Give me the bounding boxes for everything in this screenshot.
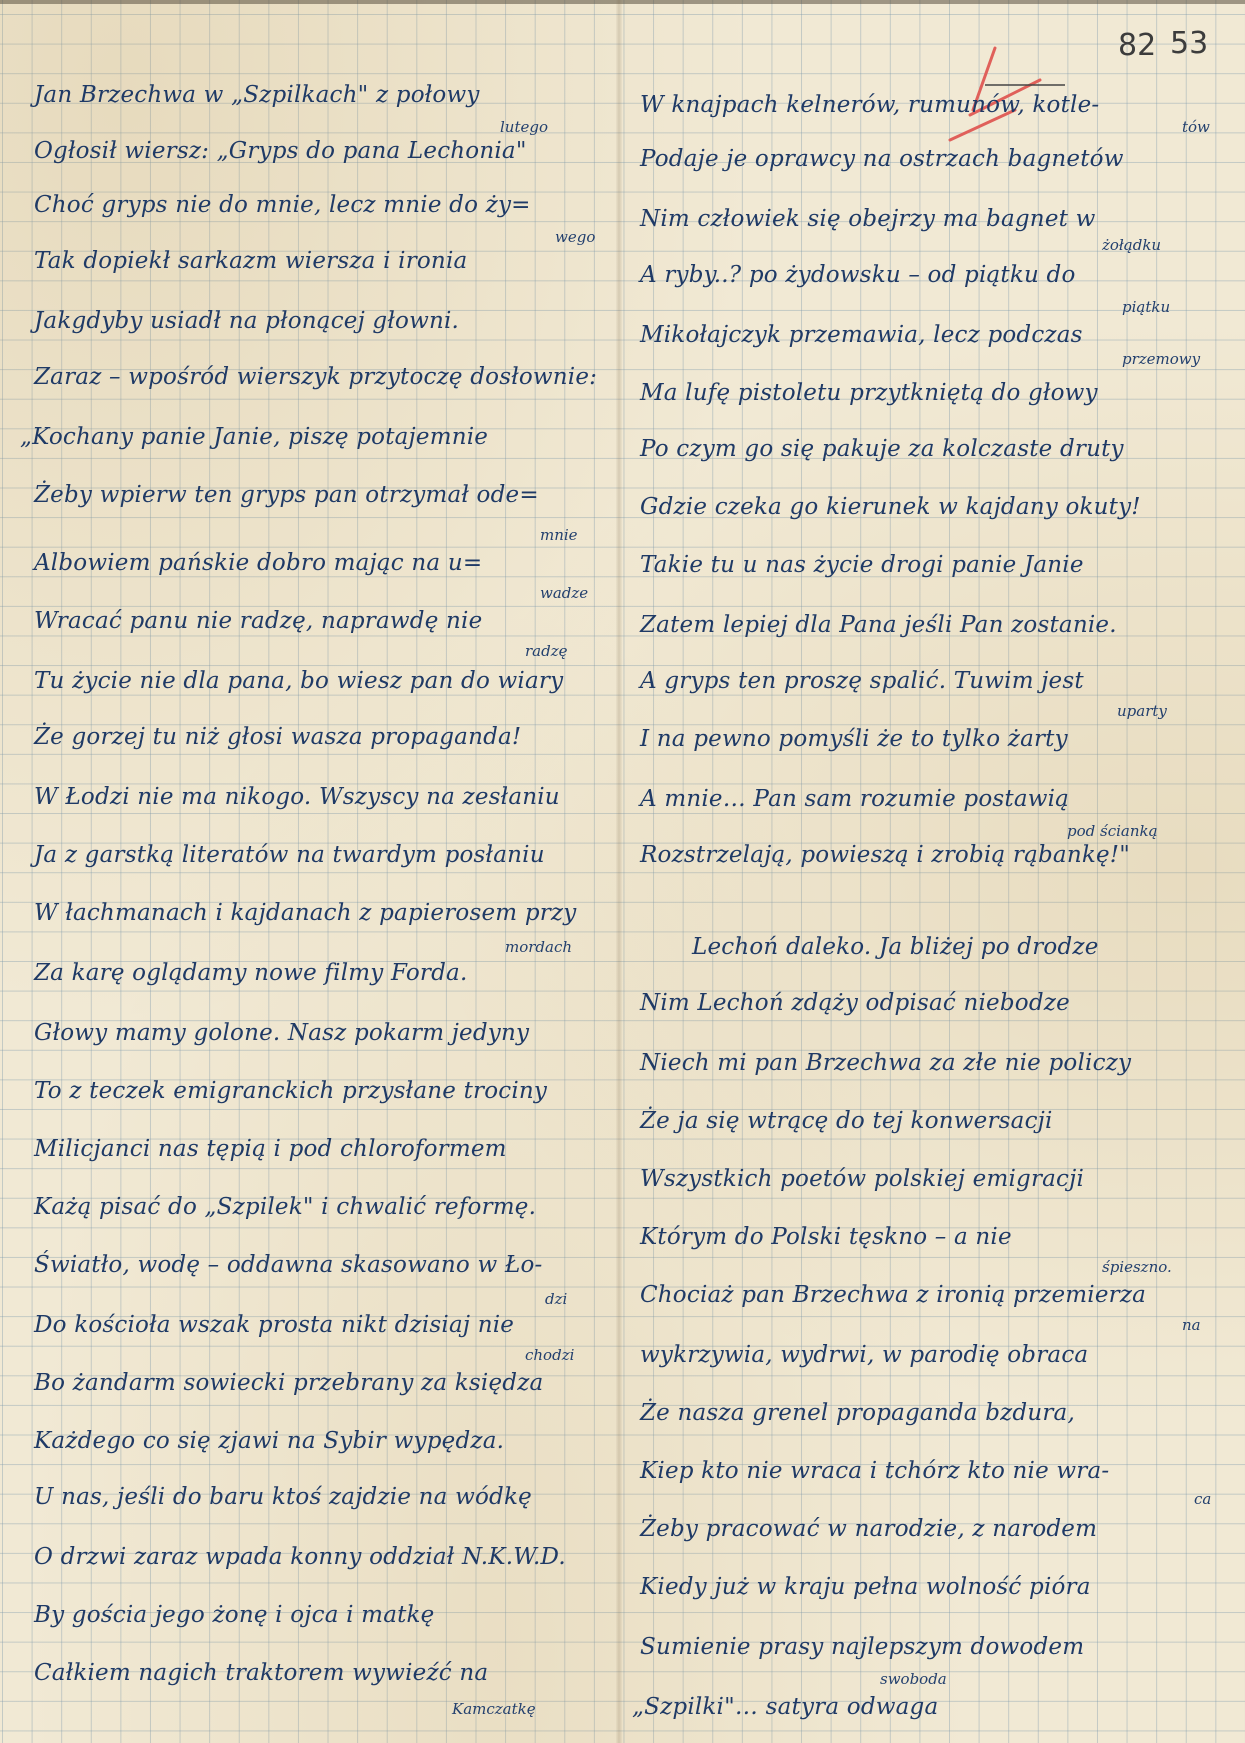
manuscript-line: U nas, jeśli do baru ktoś zajdzie na wód… <box>34 1484 532 1510</box>
manuscript-line: Światło, wodę – oddawna skasowano w Ło- <box>34 1252 542 1278</box>
manuscript-line: Niech mi pan Brzechwa za złe nie policzy <box>640 1050 1131 1076</box>
manuscript-line: Jan Brzechwa w „Szpilkach" z połowy <box>34 82 480 108</box>
manuscript-line: Zaraz – wpośród wierszyk przytoczę dosło… <box>34 364 597 390</box>
manuscript-line: Wszystkich poetów polskiej emigracji <box>640 1166 1084 1192</box>
line-continuation: śpieszno. <box>1102 1258 1172 1276</box>
manuscript-line: Kiedy już w kraju pełna wolność pióra <box>640 1574 1091 1600</box>
manuscript-line: Że nasza grenel propaganda bzdura, <box>640 1400 1075 1426</box>
line-continuation: piątku <box>1122 298 1170 316</box>
line-continuation: pod ścianką <box>1067 822 1158 840</box>
right-page: W knajpach kelnerów, rumunów, kotle- tów… <box>622 0 1245 1743</box>
manuscript-line: Sumienie prasy najlepszym dowodem <box>640 1634 1084 1660</box>
manuscript-line: Albowiem pańskie dobro mając na u= <box>34 550 482 576</box>
manuscript-line: Głowy mamy golone. Nasz pokarm jedyny <box>34 1020 529 1046</box>
line-continuation: mnie <box>540 526 578 544</box>
manuscript-line: A ryby..? po żydowsku – od piątku do <box>640 262 1076 288</box>
manuscript-line: I na pewno pomyśli że to tylko żarty <box>640 726 1068 752</box>
line-continuation: wadze <box>540 584 588 602</box>
manuscript-line: W łachmanach i kajdanach z papierosem pr… <box>34 900 576 926</box>
manuscript-line: Po czym go się pakuje za kolczaste druty <box>640 436 1124 462</box>
manuscript-line: Bo żandarm sowiecki przebrany za księdza <box>34 1370 543 1396</box>
manuscript-line: Ogłosił wiersz: „Gryps do pana Lechonia" <box>34 138 527 164</box>
manuscript-line: Że ja się wtrącę do tej konwersacji <box>640 1108 1053 1134</box>
manuscript-line: „Kochany panie Janie, piszę potajemnie <box>20 424 488 450</box>
line-continuation: dzi <box>545 1290 567 1308</box>
manuscript-line: W Łodzi nie ma nikogo. Wszyscy na zesłan… <box>34 784 560 810</box>
line-continuation: radzę <box>525 642 568 660</box>
manuscript-line: Gdzie czeka go kierunek w kajdany okuty! <box>640 494 1141 520</box>
manuscript-line: Nim Lechoń zdąży odpisać niebodze <box>640 990 1070 1016</box>
manuscript-line: A mnie… Pan sam rozumie postawią <box>640 786 1069 812</box>
line-continuation: chodzi <box>525 1346 574 1364</box>
line-continuation: lutego <box>500 118 548 136</box>
manuscript-line: „Szpilki"… satyra odwaga <box>632 1694 938 1720</box>
manuscript-line: O drzwi zaraz wpada konny oddział N.K.W.… <box>34 1544 566 1570</box>
manuscript-line: Chociaż pan Brzechwa z ironią przemierza <box>640 1282 1146 1308</box>
manuscript-sheet: 82 53 Jan Brzechwa w „Szpilkach" z połow… <box>0 0 1245 1743</box>
line-continuation: tów <box>1182 118 1210 136</box>
line-continuation: swoboda <box>880 1670 947 1688</box>
line-continuation: przemowy <box>1122 350 1200 368</box>
line-continuation: mordach <box>505 938 572 956</box>
manuscript-line: Lechoń daleko. Ja bliżej po drodze <box>692 934 1099 960</box>
manuscript-line: Którym do Polski tęskno – a nie <box>640 1224 1012 1250</box>
manuscript-line: Podaje je oprawcy na ostrzach bagnetów <box>640 146 1124 172</box>
manuscript-line: Milicjanci nas tępią i pod chloroformem <box>34 1136 507 1162</box>
line-continuation: na <box>1182 1316 1201 1334</box>
manuscript-line: Każą pisać do „Szpilek" i chwalić reform… <box>34 1194 536 1220</box>
manuscript-line: Za karę oglądamy nowe filmy Forda. <box>34 960 467 986</box>
manuscript-line: Każdego co się zjawi na Sybir wypędza. <box>34 1428 504 1454</box>
line-continuation: wego <box>555 228 595 246</box>
manuscript-line: Takie tu u nas życie drogi panie Janie <box>640 552 1084 578</box>
manuscript-line: Do kościoła wszak prosta nikt dzisiaj ni… <box>34 1312 514 1338</box>
manuscript-line: Mikołajczyk przemawia, lecz podczas <box>640 322 1083 348</box>
manuscript-line: Kiep kto nie wraca i tchórz kto nie wra- <box>640 1458 1109 1484</box>
manuscript-line: To z teczek emigranckich przysłane troci… <box>34 1078 547 1104</box>
left-page: Jan Brzechwa w „Szpilkach" z połowy lute… <box>0 0 616 1743</box>
manuscript-line: Żeby wpierw ten gryps pan otrzymał ode= <box>34 482 539 508</box>
manuscript-line: Żeby pracować w narodzie, z narodem <box>640 1516 1097 1542</box>
manuscript-line: Jakgdyby usiadł na płonącej głowni. <box>34 308 459 334</box>
manuscript-line: Ma lufę pistoletu przytkniętą do głowy <box>640 380 1098 406</box>
line-continuation: żołądku <box>1102 236 1161 254</box>
line-continuation: Kamczatkę <box>452 1700 536 1718</box>
manuscript-line: A gryps ten proszę spalić. Tuwim jest <box>640 668 1084 694</box>
manuscript-line: Nim człowiek się obejrzy ma bagnet w <box>640 206 1095 232</box>
manuscript-line: Choć gryps nie do mnie, lecz mnie do ży= <box>34 192 531 218</box>
manuscript-line: Rozstrzelają, powieszą i zrobią rąbankę!… <box>640 842 1130 868</box>
line-continuation: uparty <box>1117 702 1167 720</box>
manuscript-line: Zatem lepiej dla Pana jeśli Pan zostanie… <box>640 612 1117 638</box>
line-continuation: ca <box>1194 1490 1211 1508</box>
manuscript-line: Tu życie nie dla pana, bo wiesz pan do w… <box>34 668 563 694</box>
manuscript-line: wykrzywia, wydrwi, w parodię obraca <box>640 1342 1088 1368</box>
manuscript-line: Tak dopiekł sarkazm wiersza i ironia <box>34 248 467 274</box>
manuscript-line: By gościa jego żonę i ojca i matkę <box>34 1602 435 1628</box>
manuscript-line: Że gorzej tu niż głosi wasza propaganda! <box>34 724 521 750</box>
manuscript-line: W knajpach kelnerów, rumunów, kotle- <box>640 92 1099 118</box>
manuscript-line: Wracać panu nie radzę, naprawdę nie <box>34 608 482 634</box>
manuscript-line: Ja z garstką literatów na twardym posłan… <box>34 842 545 868</box>
manuscript-line: Całkiem nagich traktorem wywieźć na <box>34 1660 488 1686</box>
